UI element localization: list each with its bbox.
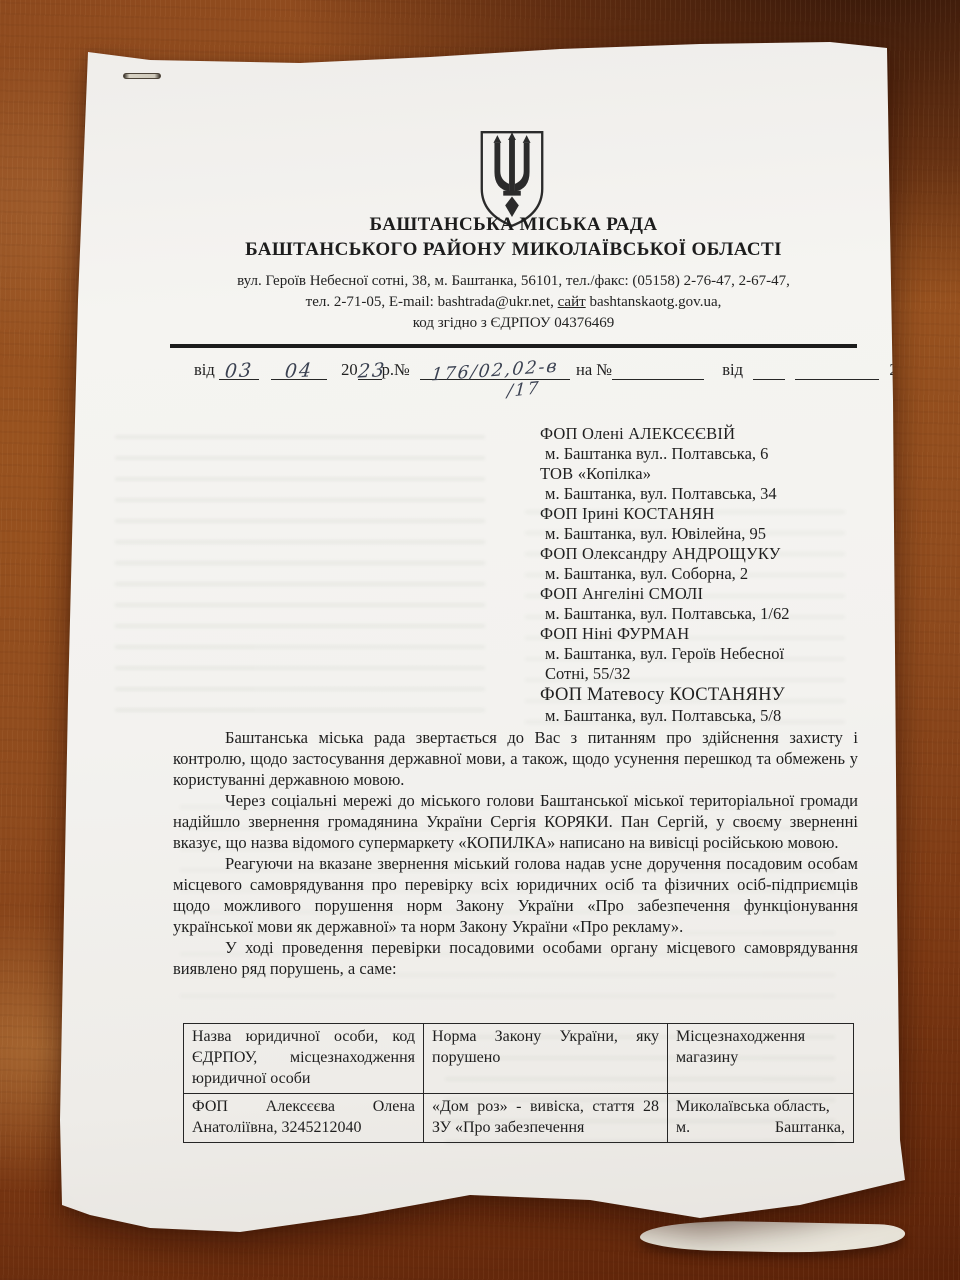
org-contacts: вул. Героїв Небесної сотні, 38, м. Башта… <box>170 271 857 334</box>
cell-location-city-prefix: м. <box>676 1117 690 1138</box>
outgoing-number-blank: 176/02,02-в /17 <box>420 360 570 380</box>
staple <box>123 73 161 79</box>
cell-location-city: Баштанка, <box>775 1117 845 1138</box>
recipient-address: м. Баштанка, вул. Соборна, 2 <box>540 564 840 584</box>
reference-line: від 03 04 2023р.№ 176/02,02-в /17 на № в… <box>170 360 870 380</box>
body-paragraph-2: Через соціальні мережі до міського голов… <box>173 790 858 853</box>
org-title-line2: БАШТАНСЬКОГО РАЙОНУ МИКОЛАЇВСЬКОЇ ОБЛАСТ… <box>170 237 857 262</box>
table-header-law: Норма Закону України, яку порушено <box>424 1024 668 1094</box>
recipient-address: м. Баштанка, вул. Полтавська, 34 <box>540 484 840 504</box>
recipient-name: ФОП Ірині КОСТАНЯН <box>540 504 840 524</box>
site-label: сайт <box>558 294 586 310</box>
letterhead-divider <box>170 344 857 348</box>
recipient-address: м. Баштанка, вул. Ювілейна, 95 <box>540 524 840 544</box>
recipient-list: ФОП Олені АЛЕКСЄЄВІЙ м. Баштанка вул.. П… <box>540 424 840 726</box>
handwritten-number-suffix: /17 <box>506 378 541 402</box>
handwritten-number: 176/02,02-в <box>419 356 571 387</box>
date-blank-2 <box>753 360 785 380</box>
table-header-entity: Назва юридичної особи, код ЄДРПОУ, місце… <box>184 1024 424 1094</box>
recipient-name: ФОП Ніні ФУРМАН <box>540 624 840 644</box>
body-paragraph-4: У ході проведення перевірки посадовими о… <box>173 937 858 979</box>
cell-location-line1: Миколаївська область, <box>676 1096 845 1117</box>
violations-table: Назва юридичної особи, код ЄДРПОУ, місце… <box>183 1023 854 1143</box>
recipient-name: ФОП Матевосу КОСТАНЯНУ <box>540 684 840 706</box>
recipient-address: м. Баштанка, вул. Полтавська, 1/62 <box>540 604 840 624</box>
year-blank: 23 <box>358 360 382 380</box>
from-label: від <box>194 360 215 379</box>
body-paragraph-1: Баштанська міська рада звертається до Ва… <box>173 727 858 790</box>
document-page: БАШТАНСЬКА МІСЬКА РАДА БАШТАНСЬКОГО РАЙО… <box>55 40 910 1255</box>
recipient-address: м. Баштанка вул.. Полтавська, 6 <box>540 444 840 464</box>
recipient-address: м. Баштанка, вул. Героїв Небесної <box>540 644 840 664</box>
cell-location-line2: м. Баштанка, <box>676 1117 845 1138</box>
table-header-row: Назва юридичної особи, код ЄДРПОУ, місце… <box>184 1024 854 1094</box>
org-website: bashtanskaotg.gov.ua, <box>586 294 722 310</box>
document-sheet-wrapper: БАШТАНСЬКА МІСЬКА РАДА БАШТАНСЬКОГО РАЙО… <box>55 40 910 1255</box>
cell-law: «Дом роз» - вивіска, стаття 28 ЗУ «Про з… <box>424 1094 668 1143</box>
table-row: ФОП Алексєєва Олена Анатоліївна, 3245212… <box>184 1094 854 1143</box>
year-prefix-2: 20 <box>889 360 906 379</box>
body-paragraph-3: Реагуючи на вказане звернення міський го… <box>173 853 858 937</box>
cell-location: Миколаївська область, м. Баштанка, <box>668 1094 854 1143</box>
letter-body: Баштанська міська рада звертається до Ва… <box>173 727 858 979</box>
recipient-name: ТОВ «Копілка» <box>540 464 840 484</box>
date-month-blank: 04 <box>271 360 327 380</box>
handwritten-day: 03 <box>218 359 260 383</box>
org-address-line1: вул. Героїв Небесної сотні, 38, м. Башта… <box>237 273 790 289</box>
org-edrpou-line: код згідно з ЄДРПОУ 04376469 <box>413 315 614 331</box>
letterhead: БАШТАНСЬКА МІСЬКА РАДА БАШТАНСЬКОГО РАЙО… <box>170 212 857 334</box>
recipient-name: ФОП Олені АЛЕКСЄЄВІЙ <box>540 424 840 444</box>
handwritten-year: 23 <box>357 359 383 382</box>
from-label-2: від <box>722 360 743 379</box>
year-prefix: 20 <box>341 360 358 379</box>
cell-entity: ФОП Алексєєва Олена Анатоліївна, 3245212… <box>184 1094 424 1143</box>
recipient-name: ФОП Ангеліні СМОЛІ <box>540 584 840 604</box>
recipient-address-cont: Сотні, 55/32 <box>540 664 840 684</box>
org-address-line2: тел. 2-71-05, E-mail: bashtrada@ukr.net, <box>306 294 558 310</box>
handwritten-month: 04 <box>270 358 328 383</box>
org-title-line1: БАШТАНСЬКА МІСЬКА РАДА <box>170 212 857 237</box>
bleed-through-text <box>115 435 485 715</box>
date-day-blank: 03 <box>219 360 259 380</box>
recipient-address: м. Баштанка, вул. Полтавська, 5/8 <box>540 706 840 726</box>
date-blank-3 <box>795 360 879 380</box>
recipient-name: ФОП Олександру АНДРОЩУКУ <box>540 544 840 564</box>
table-header-location: Місцезнаходження магазину <box>668 1024 854 1094</box>
incoming-number-blank <box>612 360 704 380</box>
on-number-label: на № <box>576 360 612 379</box>
